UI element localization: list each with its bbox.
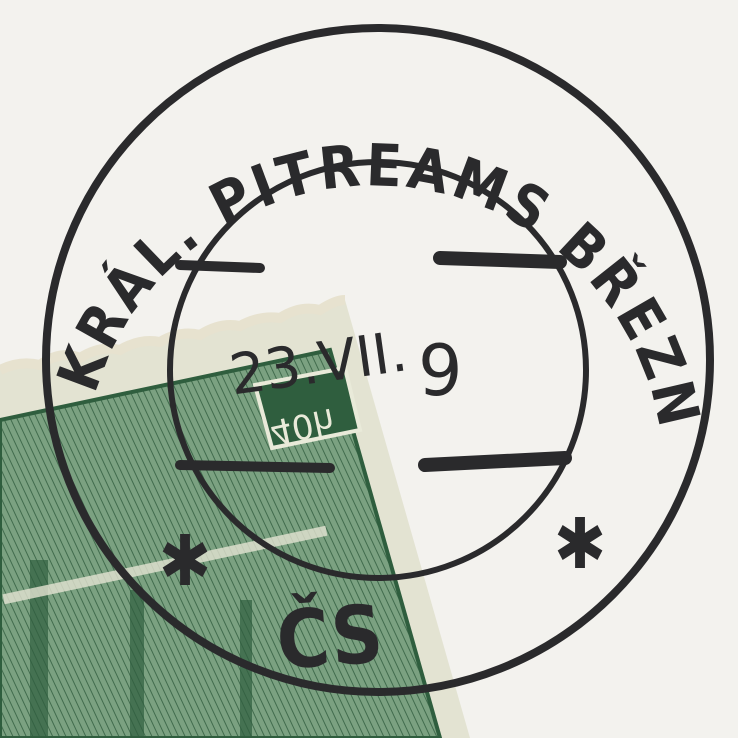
postmark-bottom-text: ČS <box>274 586 386 687</box>
postmark-hour: 9 <box>418 330 463 412</box>
star-icon: ✱ <box>554 503 607 585</box>
star-icon-left: ✱ <box>159 520 212 602</box>
postmark-scene: 40h KRÁL. PITREAMS BŘEZNICE 23.VII. 9 ČS… <box>0 0 738 738</box>
